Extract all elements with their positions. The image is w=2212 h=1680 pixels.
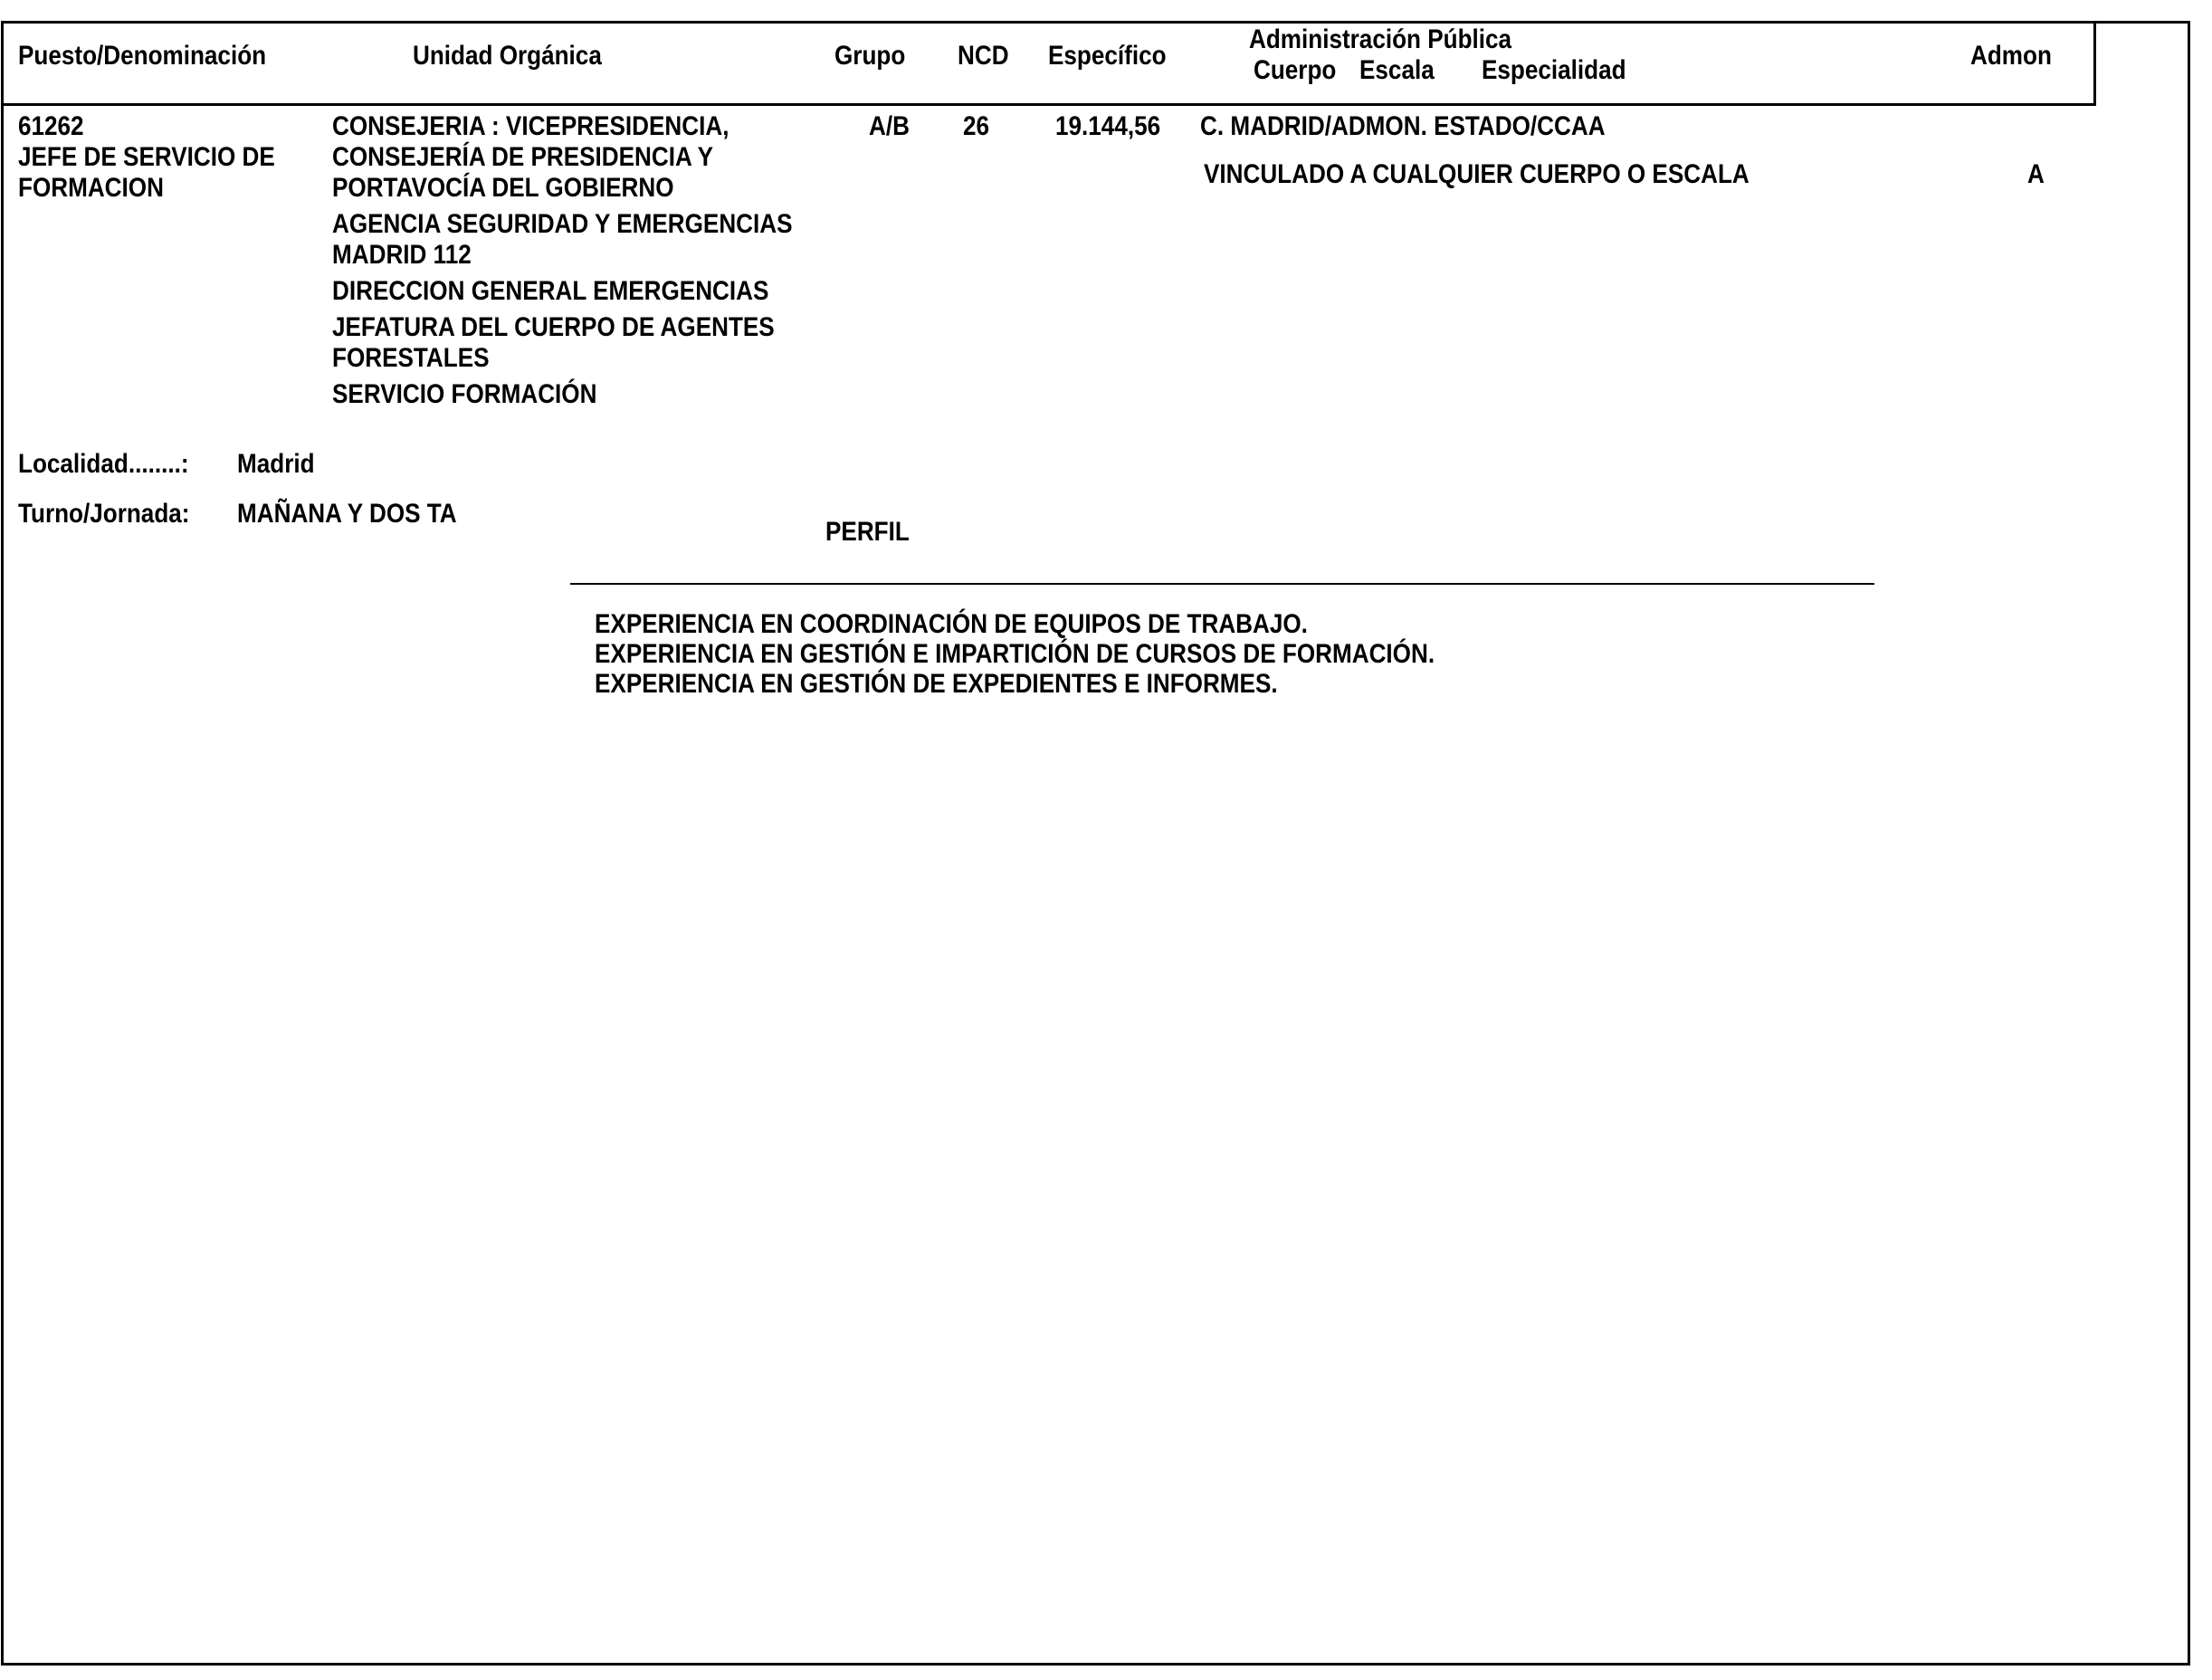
col-header-ncd: NCD [958,41,1009,72]
col-header-unidad-organica: Unidad Orgánica [413,41,602,72]
perfil-title: PERFIL [825,517,910,548]
col-header-admon: Admon [1970,41,2052,72]
perfil-items: EXPERIENCIA EN COORDINACIÓN DE EQUIPOS D… [595,609,1435,699]
unidad-organica-line: DIRECCION GENERAL EMERGENCIAS [332,276,793,307]
cell-unidad-organica: CONSEJERIA : VICEPRESIDENCIA, CONSEJERÍA… [332,111,793,410]
cell-ncd: 26 [963,111,989,142]
unidad-organica-line: CONSEJERÍA DE PRESIDENCIA Y [332,142,793,173]
perfil-divider [570,583,1874,585]
unidad-organica-line: FORESTALES [332,343,793,374]
unidad-organica-line: CONSEJERIA : VICEPRESIDENCIA, [332,111,793,142]
cell-cuerpo-escala-vinculado: VINCULADO A CUALQUIER CUERPO O ESCALA [1204,159,1750,190]
unidad-organica-line: JEFATURA DEL CUERPO DE AGENTES [332,312,793,343]
page-border [1,21,2190,1666]
cell-puesto-denominacion: 61262 JEFE DE SERVICIO DE FORMACION [18,111,275,204]
document-page: Puesto/Denominación Unidad Orgánica Grup… [0,0,2212,1680]
field-turno-jornada-value: MAÑANA Y DOS TA [237,499,457,530]
cell-grupo: A/B [869,111,910,142]
perfil-item: EXPERIENCIA EN COORDINACIÓN DE EQUIPOS D… [595,609,1435,639]
col-header-escala: Escala [1359,55,1435,86]
col-header-cuerpo: Cuerpo [1254,55,1336,86]
field-localidad-label: Localidad........: [18,449,189,480]
cell-admon: A [2027,159,2045,190]
unidad-organica-line: PORTAVOCÍA DEL GOBIERNO [332,173,793,204]
col-header-grupo: Grupo [834,41,905,72]
unidad-organica-line: MADRID 112 [332,240,793,271]
cell-administracion-publica: C. MADRID/ADMON. ESTADO/CCAA [1200,111,1606,142]
perfil-item: EXPERIENCIA EN GESTIÓN DE EXPEDIENTES E … [595,669,1435,699]
unidad-organica-line: AGENCIA SEGURIDAD Y EMERGENCIAS [332,209,793,240]
puesto-id: 61262 [18,111,275,142]
col-header-puesto-denominacion: Puesto/Denominación [18,41,266,72]
col-header-administracion-publica: Administración Pública [1249,24,1511,55]
cell-especifico: 19.144,56 [1055,111,1160,142]
perfil-item: EXPERIENCIA EN GESTIÓN E IMPARTICIÓN DE … [595,639,1435,669]
col-header-especifico: Específico [1048,41,1167,72]
field-turno-jornada-label: Turno/Jornada: [18,499,189,530]
col-header-especialidad: Especialidad [1482,55,1626,86]
puesto-denominacion-line: JEFE DE SERVICIO DE [18,142,275,173]
field-localidad-value: Madrid [237,449,315,480]
puesto-denominacion-line: FORMACION [18,173,275,204]
unidad-organica-line: SERVICIO FORMACIÓN [332,379,793,410]
